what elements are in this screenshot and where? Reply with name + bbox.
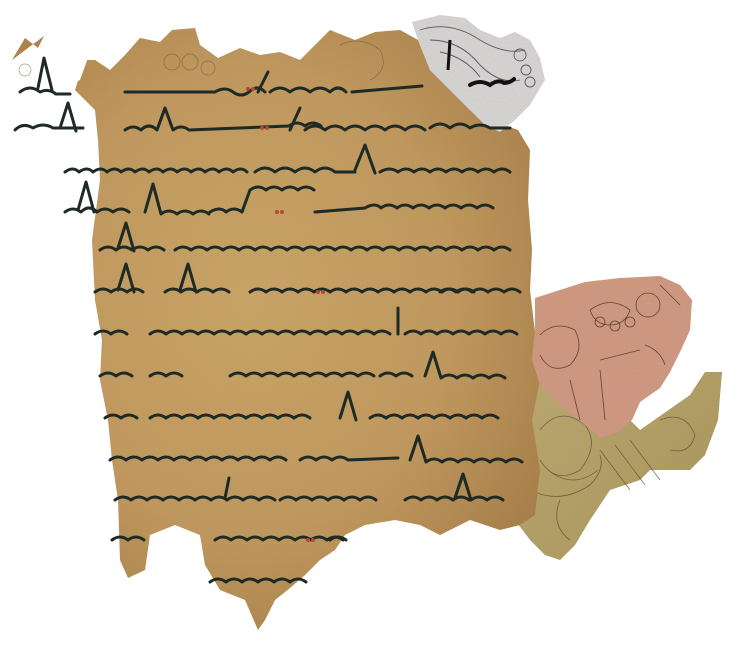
manuscript-photo <box>0 0 733 646</box>
